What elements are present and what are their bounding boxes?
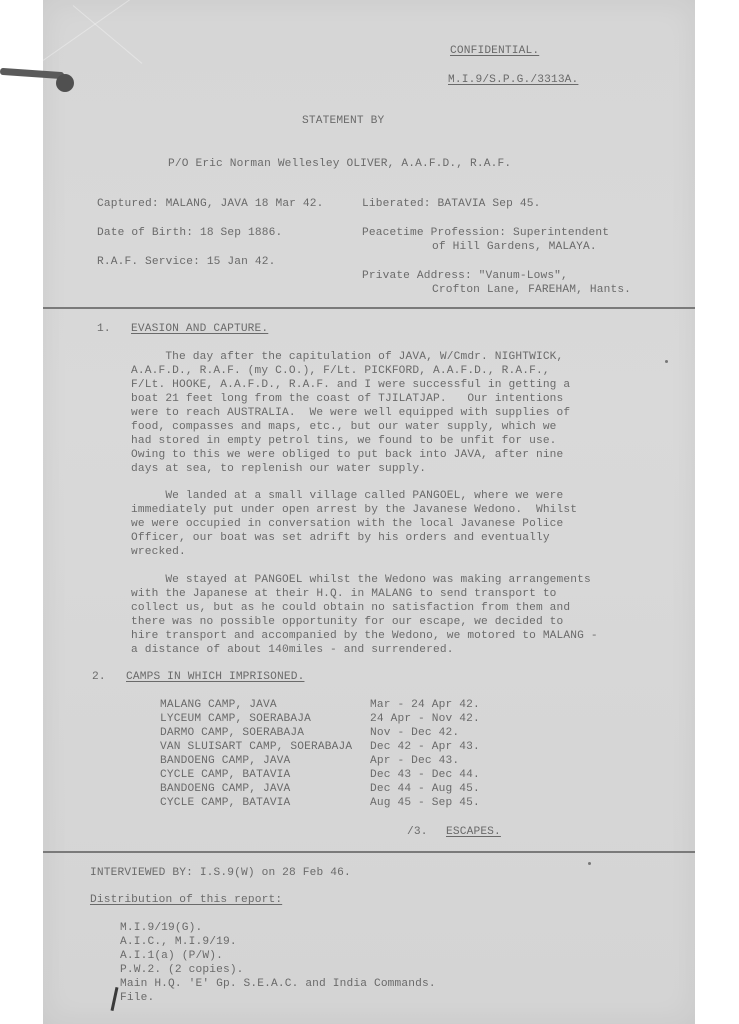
dob-field: Date of Birth: 18 Sep 1886. — [97, 226, 282, 240]
profession-field-cont: of Hill Gardens, MALAYA. — [432, 240, 597, 254]
distribution-heading: Distribution of this report: — [90, 893, 282, 907]
distribution-item: A.I.1(a) (P/W). — [120, 949, 223, 963]
footer-divider — [43, 851, 695, 853]
liberated-field: Liberated: BATAVIA Sep 45. — [362, 197, 540, 211]
address-field-cont: Crofton Lane, FAREHAM, Hants. — [432, 283, 631, 297]
paper-speck — [665, 360, 668, 363]
camp-dates: Dec 43 - Dec 44. — [370, 768, 480, 782]
distribution-item: Main H.Q. 'E' Gp. S.E.A.C. and India Com… — [120, 977, 436, 991]
camp-name: BANDOENG CAMP, JAVA — [160, 754, 290, 768]
statement-title: STATEMENT BY — [302, 114, 384, 128]
camp-name: BANDOENG CAMP, JAVA — [160, 782, 290, 796]
continuation-prefix: /3. — [407, 825, 428, 839]
reference-number: M.I.9/S.P.G./3313A. — [448, 73, 578, 87]
camp-dates: Aug 45 - Sep 45. — [370, 796, 480, 810]
camp-name: DARMO CAMP, SOERABAJA — [160, 726, 304, 740]
camp-name: MALANG CAMP, JAVA — [160, 698, 277, 712]
header-divider — [43, 307, 695, 309]
interviewed-by: INTERVIEWED BY: I.S.9(W) on 28 Feb 46. — [90, 866, 351, 880]
section-2-heading: CAMPS IN WHICH IMPRISONED. — [126, 670, 304, 684]
camp-dates: Dec 42 - Apr 43. — [370, 740, 480, 754]
camp-name: CYCLE CAMP, BATAVIA — [160, 796, 290, 810]
distribution-item: M.I.9/19(G). — [120, 921, 202, 935]
distribution-item: P.W.2. (2 copies). — [120, 963, 244, 977]
profession-field: Peacetime Profession: Superintendent — [362, 226, 609, 240]
distribution-item: A.I.C., M.I.9/19. — [120, 935, 237, 949]
camp-dates: Nov - Dec 42. — [370, 726, 459, 740]
camp-name: CYCLE CAMP, BATAVIA — [160, 768, 290, 782]
section-1-heading: EVASION AND CAPTURE. — [131, 322, 268, 336]
camp-name: LYCEUM CAMP, SOERABAJA — [160, 712, 311, 726]
camp-dates: Mar - 24 Apr 42. — [370, 698, 480, 712]
camp-name: VAN SLUISART CAMP, SOERABAJA — [160, 740, 352, 754]
section-1-number: 1. — [97, 322, 111, 336]
captured-field: Captured: MALANG, JAVA 18 Mar 42. — [97, 197, 324, 211]
camp-dates: Dec 44 - Aug 45. — [370, 782, 480, 796]
classification-label: CONFIDENTIAL. — [450, 44, 539, 58]
distribution-item: File. — [120, 991, 154, 1005]
paper-clip-head-icon — [56, 74, 74, 92]
continuation-label: ESCAPES. — [446, 825, 501, 839]
camp-dates: 24 Apr - Nov 42. — [370, 712, 480, 726]
subject-name: P/O Eric Norman Wellesley OLIVER, A.A.F.… — [168, 157, 511, 171]
paper-speck — [588, 862, 591, 865]
address-field: Private Address: "Vanum-Lows", — [362, 269, 568, 283]
raf-service-field: R.A.F. Service: 15 Jan 42. — [97, 255, 275, 269]
section-2-number: 2. — [92, 670, 106, 684]
camp-dates: Apr - Dec 43. — [370, 754, 459, 768]
